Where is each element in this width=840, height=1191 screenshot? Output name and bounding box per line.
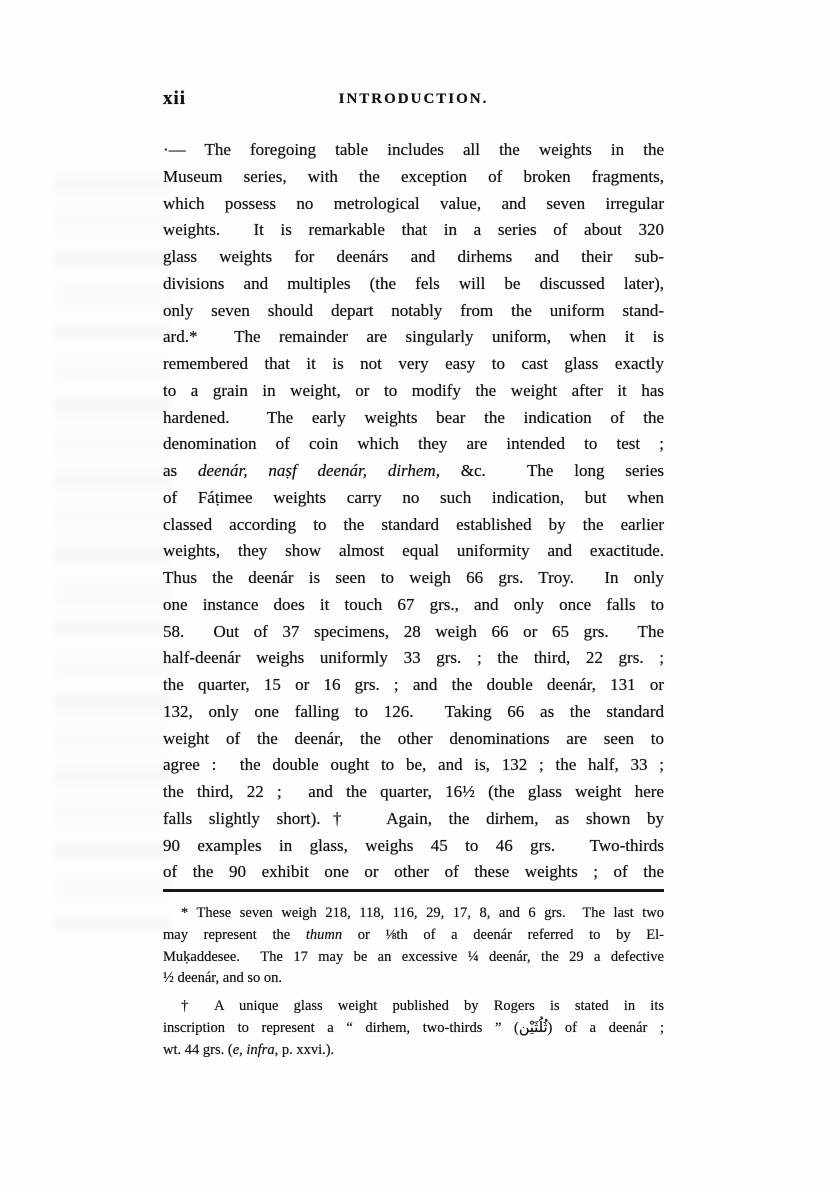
text-line: agree : the double ought to be, and is, … <box>163 752 664 779</box>
text-line: which possess no metrological value, and… <box>163 191 664 218</box>
text-segment: inscription to represent a “ dirhem, two… <box>163 1020 664 1036</box>
running-header: xii INTRODUCTION. <box>163 88 664 110</box>
text-segment: which possess no metrological value, and… <box>163 194 664 213</box>
text-line: Muḳaddesee. The 17 may be an excessive ¼… <box>163 947 664 969</box>
text-segment: only seven should depart notably from th… <box>163 301 664 320</box>
text-line: the quarter, 15 or 16 grs. ; and the dou… <box>163 672 664 699</box>
text-segment: Museum series, with the exception of bro… <box>163 167 664 186</box>
text-line: divisions and multiples (the fels will b… <box>163 271 664 298</box>
text-line: 132, only one falling to 126. Taking 66 … <box>163 699 664 726</box>
text-line: wt. 44 grs. (e, infra, p. xxvi.). <box>163 1040 664 1062</box>
text-line: falls slightly short).† Again, the dirhe… <box>163 806 664 833</box>
text-line: ½ deenár, and so on. <box>163 968 664 990</box>
text-segment: hardened. The early weights bear the ind… <box>163 408 664 427</box>
text-segment: * These seven weigh 218, 118, 116, 29, 1… <box>181 905 664 921</box>
page-number: xii <box>163 88 186 110</box>
text-line: only seven should depart notably from th… <box>163 298 664 325</box>
text-segment: of Fáṭimee weights carry no such indicat… <box>163 488 664 507</box>
text-line: Thus the deenár is seen to weigh 66 grs.… <box>163 565 664 592</box>
text-line: may represent the thumn or ⅛th of a deen… <box>163 925 664 947</box>
text-segment: ·— The foregoing table includes all the … <box>163 140 664 159</box>
text-line: weights. It is remarkable that in a seri… <box>163 217 664 244</box>
text-line: weights, they show almost equal uniformi… <box>163 538 664 565</box>
text-segment: remembered that it is not very easy to c… <box>163 354 664 373</box>
text-segment: 132, only one falling to 126. Taking 66 … <box>163 702 664 721</box>
text-segment: as <box>163 461 198 480</box>
text-line: glass weights for deenárs and dirhems an… <box>163 244 664 271</box>
scanned-book-page: xii INTRODUCTION. ·— The foregoing table… <box>0 0 840 1191</box>
footnote-asterisk: * These seven weigh 218, 118, 116, 29, 1… <box>163 903 664 990</box>
text-segment: to a grain in weight, or to modify the w… <box>163 381 664 400</box>
text-line: 58. Out of 37 specimens, 28 weigh 66 or … <box>163 619 664 646</box>
text-line: denomination of coin which they are inte… <box>163 431 664 458</box>
text-line: one instance does it touch 67 grs., and … <box>163 592 664 619</box>
text-segment: one instance does it touch 67 grs., and … <box>163 595 664 614</box>
text-column: xii INTRODUCTION. ·— The foregoing table… <box>163 88 664 1062</box>
text-segment: the third, 22 ; and the quarter, 16½ (th… <box>163 782 664 801</box>
text-segment: † A unique glass weight published by Rog… <box>181 998 664 1014</box>
footnotes-section: * These seven weigh 218, 118, 116, 29, 1… <box>163 903 664 1062</box>
text-segment: weights, they show almost equal uniformi… <box>163 541 664 560</box>
text-segment: , p. xxvi.). <box>275 1042 335 1058</box>
text-segment: glass weights for deenárs and dirhems an… <box>163 247 664 266</box>
text-segment: wt. 44 grs. ( <box>163 1042 233 1058</box>
text-line: of Fáṭimee weights carry no such indicat… <box>163 485 664 512</box>
text-segment: falls slightly short).† Again, the dirhe… <box>163 809 664 828</box>
footnote-dagger: † A unique glass weight published by Rog… <box>163 996 664 1061</box>
text-segment: &c. The long series <box>440 461 664 480</box>
text-segment: classed according to the standard establ… <box>163 515 664 534</box>
text-segment: ard.* The remainder are singularly unifo… <box>163 327 664 346</box>
text-segment: Muḳaddesee. The 17 may be an excessive ¼… <box>163 949 664 965</box>
text-line: inscription to represent a “ dirhem, two… <box>163 1018 664 1040</box>
text-segment: 90 examples in glass, weighs 45 to 46 gr… <box>163 836 664 855</box>
italic-text-segment: deenár, naṣf deenár, dirhem, <box>198 461 440 480</box>
text-line: Museum series, with the exception of bro… <box>163 164 664 191</box>
footnote-separator-rule <box>163 889 664 892</box>
text-line: as deenár, naṣf deenár, dirhem, &c. The … <box>163 458 664 485</box>
text-line: ·— The foregoing table includes all the … <box>163 137 664 164</box>
text-segment: ½ deenár, and so on. <box>163 970 282 986</box>
text-segment: or ⅛th of a deenár referred to by El- <box>342 927 664 943</box>
text-line: ard.* The remainder are singularly unifo… <box>163 324 664 351</box>
text-line: the third, 22 ; and the quarter, 16½ (th… <box>163 779 664 806</box>
text-line: half-deenár weighs uniformly 33 grs. ; t… <box>163 645 664 672</box>
text-segment: 58. Out of 37 specimens, 28 weigh 66 or … <box>163 622 664 641</box>
text-line: weight of the deenár, the other denomina… <box>163 726 664 753</box>
text-segment: Thus the deenár is seen to weigh 66 grs.… <box>163 568 664 587</box>
text-segment: the quarter, 15 or 16 grs. ; and the dou… <box>163 675 664 694</box>
text-line: hardened. The early weights bear the ind… <box>163 405 664 432</box>
text-line: to a grain in weight, or to modify the w… <box>163 378 664 405</box>
text-segment: agree : the double ought to be, and is, … <box>163 755 664 774</box>
italic-text-segment: thumn <box>306 927 342 943</box>
text-segment: of the 90 exhibit one or other of these … <box>163 862 664 881</box>
text-segment: weight of the deenár, the other denomina… <box>163 729 664 748</box>
text-segment: half-deenár weighs uniformly 33 grs. ; t… <box>163 648 664 667</box>
text-line: * These seven weigh 218, 118, 116, 29, 1… <box>163 903 664 925</box>
text-segment: weights. It is remarkable that in a seri… <box>163 220 664 239</box>
text-line: 90 examples in glass, weighs 45 to 46 gr… <box>163 833 664 860</box>
body-paragraph: ·— The foregoing table includes all the … <box>163 137 664 886</box>
scan-artifact-smudge <box>55 170 170 930</box>
text-segment: may represent the <box>163 927 306 943</box>
page-header-title: INTRODUCTION. <box>163 88 664 110</box>
italic-text-segment: e, infra <box>233 1042 275 1058</box>
text-line: of the 90 exhibit one or other of these … <box>163 859 664 886</box>
text-line: classed according to the standard establ… <box>163 512 664 539</box>
text-line: † A unique glass weight published by Rog… <box>163 996 664 1018</box>
text-line: remembered that it is not very easy to c… <box>163 351 664 378</box>
text-segment: denomination of coin which they are inte… <box>163 434 664 453</box>
text-segment: divisions and multiples (the fels will b… <box>163 274 664 293</box>
